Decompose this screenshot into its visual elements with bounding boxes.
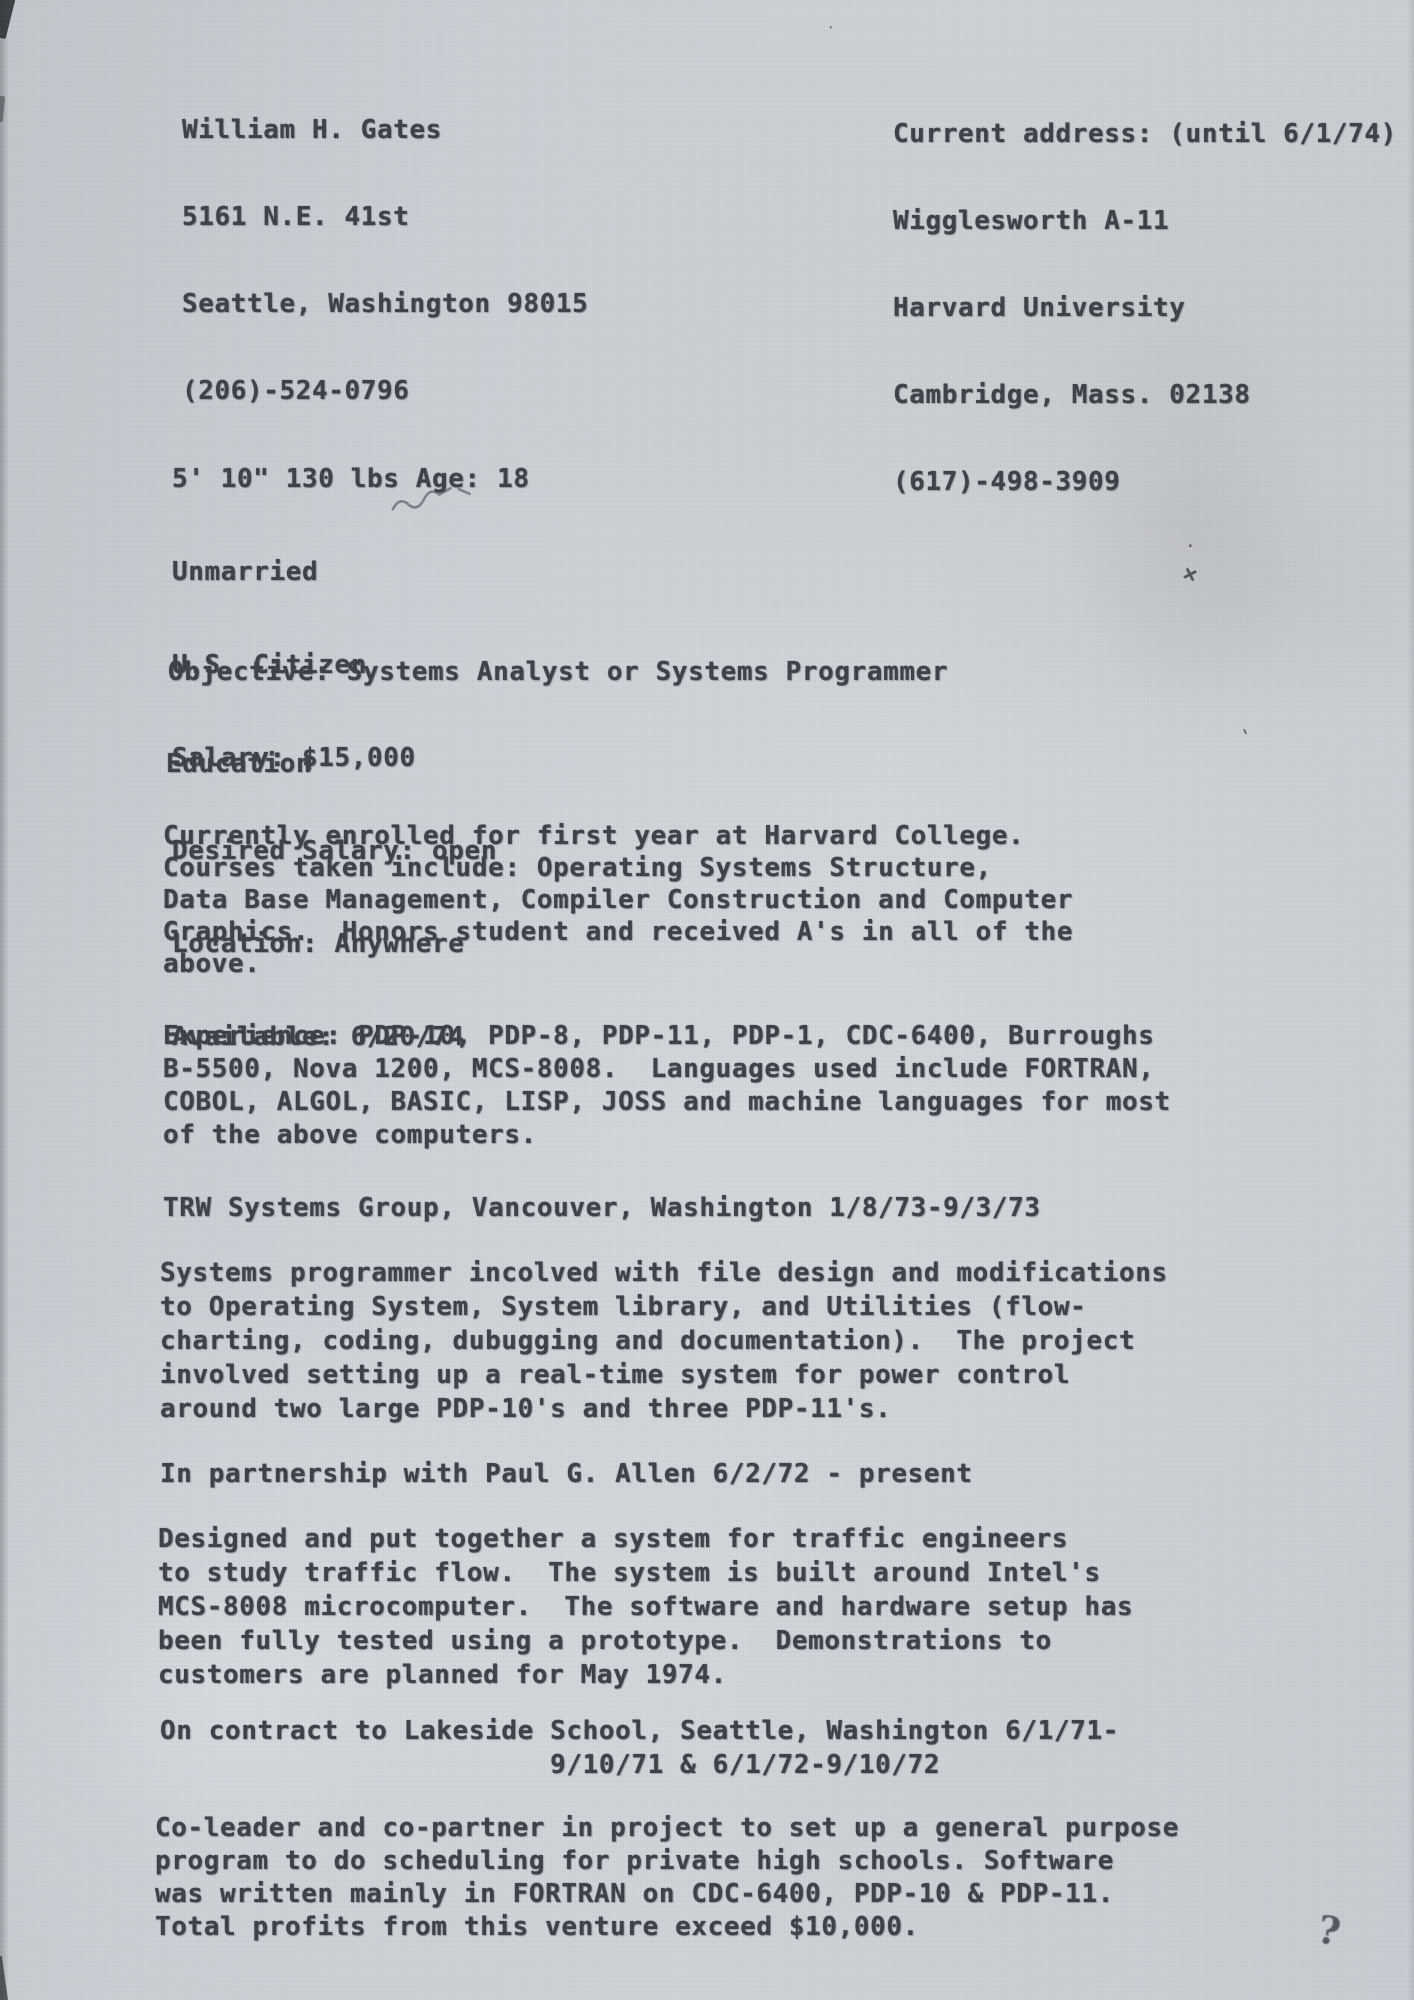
- objective-line: Objective: Systems Analyst or Systems Pr…: [168, 656, 948, 689]
- address-line: Wigglesworth A-11: [893, 207, 1397, 236]
- pencil-question-mark: ?: [1314, 1906, 1344, 1954]
- partnership-heading: In partnership with Paul G. Allen 6/2/72…: [160, 1458, 973, 1491]
- resume-document: William H. Gates 5161 N.E. 41st Seattle,…: [0, 0, 1414, 2000]
- experience-summary-paragraph: Experience: PDP-10, PDP-8, PDP-11, PDP-1…: [163, 1020, 1171, 1152]
- education-heading: Education: [166, 748, 312, 781]
- address-line: William H. Gates: [182, 116, 588, 145]
- address-line: Cambridge, Mass. 02138: [893, 381, 1397, 410]
- ink-tick-mark: `: [1231, 726, 1253, 754]
- personal-detail-line: Unmarried: [172, 557, 530, 588]
- scan-edge-shadow-right: [1408, 0, 1414, 2000]
- education-paragraph: Currently enrolled for first year at Har…: [163, 820, 1073, 980]
- trw-heading: TRW Systems Group, Vancouver, Washington…: [163, 1192, 1041, 1225]
- lakeside-paragraph: Co-leader and co-partner in project to s…: [155, 1812, 1179, 1944]
- address-line: (617)-498-3909: [893, 468, 1397, 497]
- address-line: Current address: (until 6/1/74): [893, 120, 1397, 149]
- address-line: Seattle, Washington 98015: [182, 290, 588, 319]
- address-line: 5161 N.E. 41st: [182, 203, 588, 232]
- trw-paragraph: Systems programmer incolved with file de…: [160, 1256, 1168, 1426]
- scan-edge-shadow-left: [0, 0, 9, 2000]
- ink-dot-mark: ·: [1185, 536, 1196, 557]
- current-address-block: Current address: (until 6/1/74) Wigglesw…: [893, 62, 1397, 555]
- ink-dot-mark: ·: [826, 18, 836, 37]
- partnership-paragraph: Designed and put together a system for t…: [158, 1522, 1133, 1692]
- lakeside-heading: On contract to Lakeside School, Seattle,…: [160, 1714, 1119, 1782]
- address-line: Harvard University: [893, 294, 1397, 323]
